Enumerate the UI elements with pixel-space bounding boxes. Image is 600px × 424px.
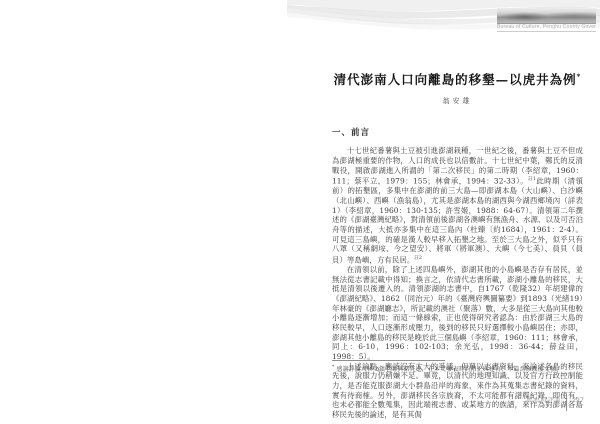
article-body: 十七世紀番薯與土豆被引進澎湖栽種，一世紀之後，番薯與土豆不但成為澎湖極重要的作物… bbox=[332, 146, 583, 419]
article-title-text: 清代澎南人口向離島的移墾—以虎井為例 bbox=[334, 72, 577, 87]
header-photo-caption: Bureau of Culture, Penghu County Governm… bbox=[497, 24, 596, 32]
footnote-divider bbox=[332, 360, 445, 361]
article-page: Bureau of Culture, Penghu County Governm… bbox=[297, 0, 600, 424]
header-photo bbox=[497, 8, 596, 24]
footer-section-label: 發表與評論 bbox=[526, 396, 561, 406]
footnote-reference-marker: 註1 bbox=[528, 177, 536, 182]
article-author: 翁安雄 bbox=[332, 96, 583, 106]
book-spread: Bureau of Culture, Penghu County Governm… bbox=[0, 0, 600, 424]
footnote-block: *感謝評論人林文鎮老師與諸先進，在本文發表時的指正與建言；本篇為修改後文稿。 bbox=[332, 360, 583, 374]
footer-divider bbox=[566, 394, 567, 411]
footnote: *感謝評論人林文鎮老師與諸先進，在本文發表時的指正與建言；本篇為修改後文稿。 bbox=[332, 364, 583, 374]
paragraph: 十七世紀番薯與土豆被引進澎湖栽種，一世紀之後，番薯與土豆不但成為澎湖極重要的作物… bbox=[332, 146, 583, 265]
page-footer: 發表與評論 227 bbox=[526, 394, 584, 411]
section-heading: 一、前言 bbox=[332, 128, 583, 139]
footnote-text: 感謝評論人林文鎮老師與諸先進，在本文發表時的指正與建言；本篇為修改後文稿。 bbox=[336, 366, 562, 373]
footnote-marker: * bbox=[332, 365, 334, 370]
footnote-reference-marker: 註2 bbox=[414, 256, 422, 261]
paragraph: 在清領以前，除了上述四島嶼外，澎湖其他的小島嶼是否存有居民，並無法從志書記載中得… bbox=[332, 265, 583, 362]
blank-left-page bbox=[0, 0, 297, 424]
article-title: 清代澎南人口向離島的移墾—以虎井為例* bbox=[332, 68, 583, 88]
page-number: 227 bbox=[572, 396, 584, 406]
title-note-marker: * bbox=[577, 72, 582, 81]
